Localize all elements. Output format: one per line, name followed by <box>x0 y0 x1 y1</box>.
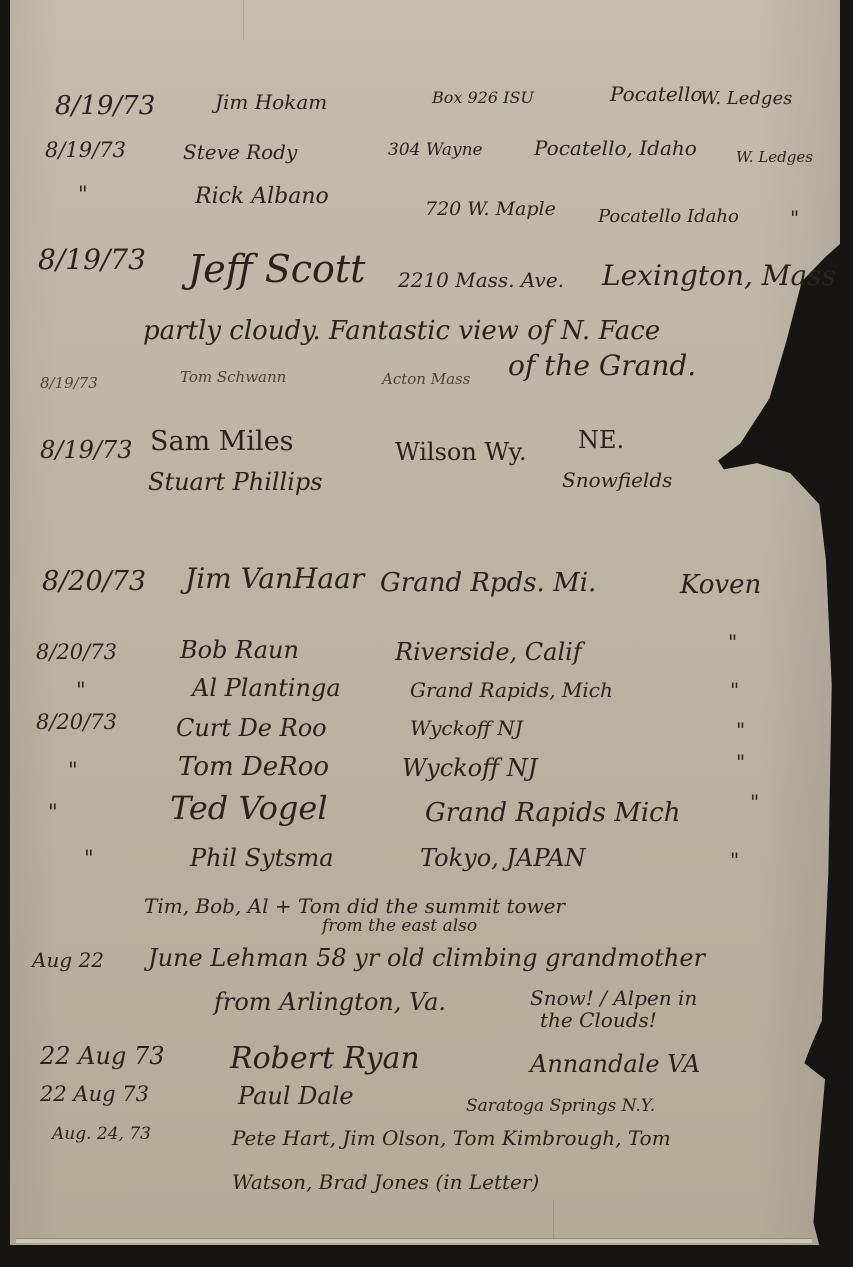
entry-names: Watson, Brad Jones (in Letter) <box>232 1172 539 1192</box>
entry-name: Steve Rody <box>183 142 297 162</box>
entry-route-ditto: " <box>730 680 739 700</box>
entry-date: 8/20/73 <box>36 642 117 663</box>
entry-route-ditto: " <box>736 720 745 740</box>
entry-city: Wyckoff NJ <box>410 718 523 738</box>
entry-route: W. Ledges <box>700 90 792 108</box>
entry-date: 8/20/73 <box>42 568 146 595</box>
entry-name: Jeff Scott <box>188 250 365 288</box>
entry-city: Grand Rapids, Mich <box>410 680 613 700</box>
entry-city: Pocatello <box>610 84 703 104</box>
entry-date: 8/19/73 <box>40 376 98 391</box>
entry-city: Riverside, Calif <box>395 640 582 664</box>
entry-address: 304 Wayne <box>388 142 483 159</box>
entry-route-ditto: " <box>790 208 799 228</box>
entry-name: Jim Hokam <box>215 92 327 112</box>
entry-address: 720 W. Maple <box>425 200 556 219</box>
entry-route-ditto: " <box>728 632 737 652</box>
entry-date-ditto: " <box>76 680 86 701</box>
entry-city: Grand Rapids Mich <box>425 800 680 826</box>
entry-city: Wilson Wy. <box>395 440 527 464</box>
entry-route: Snowfields <box>562 470 672 490</box>
entry-name: Tom Schwann <box>180 370 286 385</box>
entry-route: W. Ledges <box>736 150 813 165</box>
entry-city: Pocatello Idaho <box>598 208 739 226</box>
entry-aside: Snow! / Alpen in <box>530 988 697 1008</box>
page-bottom-edge <box>16 1238 812 1243</box>
entry-name: Tom DeRoo <box>178 754 329 780</box>
entry-address: 2210 Mass. Ave. <box>398 270 564 290</box>
entry-date: 22 Aug 73 <box>40 1044 165 1068</box>
entry-name: Rick Albano <box>195 186 329 208</box>
entry-aside: the Clouds! <box>540 1010 657 1030</box>
entry-note: June Lehman 58 yr old climbing grandmoth… <box>148 946 705 970</box>
entry-address: Box 926 ISU <box>432 90 534 106</box>
entry-name: Al Plantinga <box>192 676 341 700</box>
entry-name: Jim VanHaar <box>185 565 364 593</box>
entry-date: 8/20/73 <box>36 712 117 733</box>
entry-name: Sam Miles <box>150 428 294 455</box>
entry-date-ditto: " <box>84 848 94 869</box>
entry-city: Tokyo, JAPAN <box>420 846 586 870</box>
entry-name: Stuart Phillips <box>148 470 323 494</box>
entry-name: Robert Ryan <box>230 1044 420 1074</box>
entry-route-ditto: " <box>750 792 759 812</box>
entry-date: 8/19/73 <box>40 438 133 462</box>
entry-route-ditto: " <box>730 850 739 870</box>
entry-note: of the Grand. <box>508 352 696 380</box>
entry-date: 8/19/73 <box>45 140 126 161</box>
group-note: Tim, Bob, Al + Tom did the summit tower <box>144 896 565 916</box>
entry-name: Phil Sytsma <box>190 846 334 870</box>
entry-name: Paul Dale <box>238 1084 354 1108</box>
entry-city: Annandale VA <box>530 1052 700 1076</box>
entry-route: Koven <box>680 572 761 598</box>
entry-note: partly cloudy. Fantastic view of N. Face <box>143 318 660 344</box>
entry-date: Aug 22 <box>32 950 104 970</box>
entry-city: Lexington, Mass <box>602 262 836 290</box>
entry-city: Acton Mass <box>382 372 470 387</box>
entry-date-ditto: " <box>48 802 58 823</box>
entry-name: Bob Raun <box>180 638 299 662</box>
entry-city: Grand Rpds. Mi. <box>380 570 596 596</box>
entry-city: Wyckoff NJ <box>402 756 537 780</box>
entry-date: 22 Aug 73 <box>40 1084 149 1105</box>
entry-names: Pete Hart, Jim Olson, Tom Kimbrough, Tom <box>232 1128 671 1148</box>
group-note: from the east also <box>322 918 477 935</box>
entry-name: Curt De Roo <box>176 716 327 740</box>
entry-city: Saratoga Springs N.Y. <box>466 1098 655 1115</box>
entry-date: 8/19/73 <box>55 93 155 119</box>
paper-crease <box>243 0 244 40</box>
entry-date-ditto: " <box>78 184 88 205</box>
paper-crease <box>553 1200 554 1240</box>
entry-date: Aug. 24, 73 <box>52 1126 151 1143</box>
entry-name: Ted Vogel <box>170 792 328 824</box>
entry-date: 8/19/73 <box>38 246 146 274</box>
entry-note: from Arlington, Va. <box>214 990 446 1014</box>
entry-city: Pocatello, Idaho <box>534 138 697 158</box>
entry-date-ditto: " <box>68 760 78 781</box>
entry-route: NE. <box>578 428 624 452</box>
entry-route-ditto: " <box>736 752 745 772</box>
